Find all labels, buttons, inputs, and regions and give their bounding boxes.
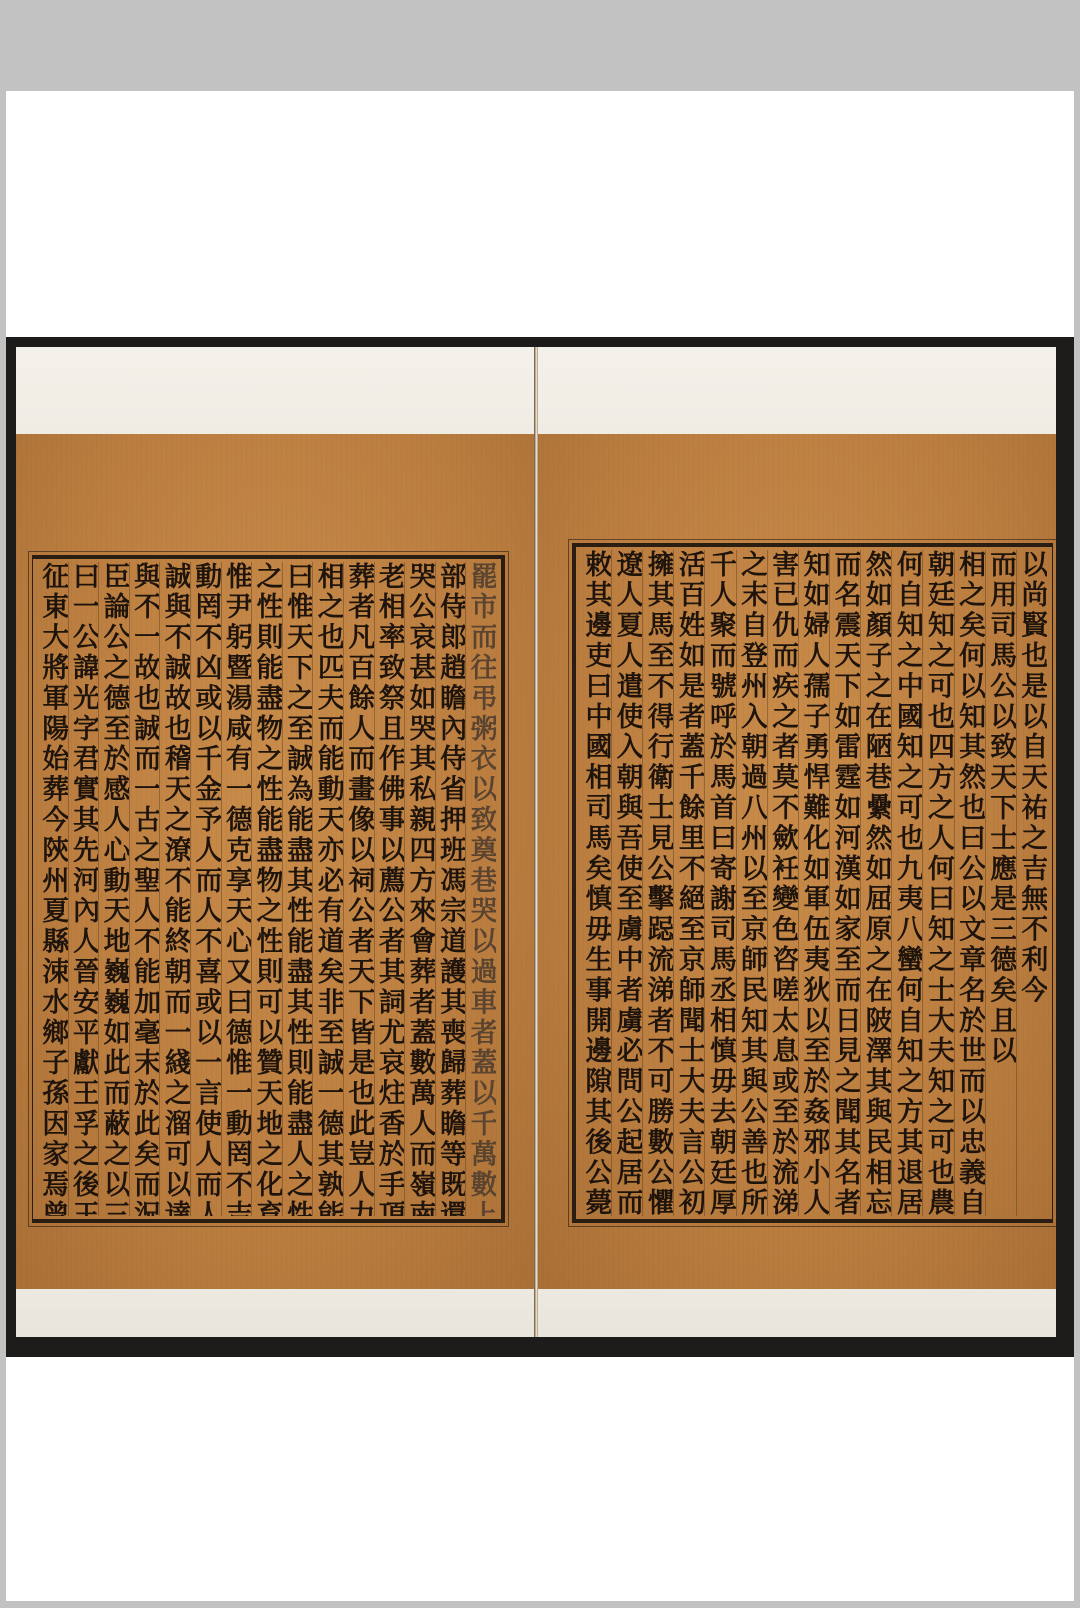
right-page-top-margin [538,347,1056,434]
text-column: 而名震天下如雷霆如河漢如家至而日見之聞其名者雖愚無 [829,550,860,1216]
text-column: 部侍郎趙瞻內侍省押班馮宗道護其喪歸葬瞻等既還皆言民 [435,562,466,1216]
text-column: 以尚賢也是以自天祐之吉無不利今 [1016,550,1047,1216]
text-column: 害已仇而疾之者莫不歛衽變色咨嗟太息或至於流涕也元豐 [767,550,798,1216]
text-column: 相之矣何以知其然也曰公以文章名於世而以忠義自結人主 [954,550,985,1216]
text-column: 征東大將軍陽始葬今陝州夏縣涑水鄉子孫因家焉曾祖諱政 [38,562,68,1216]
right-page: 以尚賢也是以自天祐之吉無不利今 而用司馬公以致天下士應是三德矣且以 相之矣何以知… [538,347,1056,1337]
right-page-text-block: 以尚賢也是以自天祐之吉無不利今 而用司馬公以致天下士應是三德矣且以 相之矣何以知… [572,543,1053,1223]
text-column: 葬者凡百餘人而畫像以祠公者天下皆是也此豈人力也哉天 [343,562,374,1216]
left-page-text-block: 罷市而往弔粥衣以致奠巷哭以過車者蓋以千萬數上命戶 部侍郎趙瞻內侍省押班馮宗道護其… [32,555,505,1223]
text-column: 活百姓如是者蓋千餘里不絕至京師聞士大夫言公初入朝民 [673,550,704,1216]
text-column: 遼人夏人遣使入朝與吾使至虜中者虜必問公起居而遼人 [611,550,642,1216]
text-column: 而用司馬公以致天下士應是三德矣且以 [985,550,1016,1216]
text-column: 相之也匹夫而能動天亦必有道矣非至誠一德其孰能使之記 [312,562,343,1216]
left-page-top-margin [16,347,535,434]
text-column: 擁其馬至不得行衛士見公擊跽流涕者不可勝數公懼而歸洛 [642,550,673,1216]
text-column: 罷市而往弔粥衣以致奠巷哭以過車者蓋以千萬數上命戶 [465,562,496,1216]
left-page-bottom-margin [16,1289,535,1337]
text-column: 曰惟天下之至誠為能盡其性能盡其性則能盡人之性能盡人 [282,562,313,1216]
text-column: 然如顏子之在陋巷纍然如屈原之在陂澤其與民相忘也久矣 [860,550,891,1216]
text-column: 老相率致祭且作佛事以薦公者其詞尤哀炷香於手頂以送公 [374,562,405,1216]
text-column: 誠與不誠故也稽天之潦不能終朝而一綫之溜可以達石者一 [159,562,190,1216]
text-column: 之性則能盡物之性能盡物之性則可以贊天地之化育矣書曰 [251,562,282,1216]
right-page-columns: 以尚賢也是以自天祐之吉無不利今 而用司馬公以致天下士應是三德矣且以 相之矣何以知… [581,550,1047,1216]
text-column: 與不一故也誠而一古之聖人不能加毫末於此矣而況公乎故 [129,562,160,1216]
text-column: 動罔不凶或以千金予人而人不喜或以一言使人而人死之者 [190,562,221,1216]
text-column: 知如婦人孺子勇悍難化如軍伍夷狄以至於姦邪小人雖惡其 [798,550,829,1216]
text-column: 曰一公諱光字君實其先河內人晉安平獻王孚之後王之裔孫 [68,562,99,1216]
text-column: 惟尹躬暨湯咸有一德克享天心又曰德惟一動罔不吉德二三 [221,562,252,1216]
left-page-columns: 罷市而往弔粥衣以致奠巷哭以過車者蓋以千萬數上命戶 部侍郎趙瞻內侍省押班馮宗道護其… [38,562,496,1216]
text-column: 之末自登州入朝過八州以至京師民知其與公善也所在數 [736,550,767,1216]
text-column: 哭公哀甚如哭其私親四方來會葬者蓋數萬人而嶺南封州父 [404,562,435,1216]
left-page: 罷市而往弔粥衣以致奠巷哭以過車者蓋以千萬數上命戶 部侍郎趙瞻內侍省押班馮宗道護其… [16,347,535,1337]
text-column: 敕其邊吏曰中國相司馬矣慎毋生事開邊隙其後公薨京師 [581,550,611,1216]
book-scan-image: 罷市而往弔粥衣以致奠巷哭以過車者蓋以千萬數上命戶 部侍郎趙瞻內侍省押班馮宗道護其… [6,337,1074,1357]
right-page-bottom-margin [538,1289,1056,1337]
text-column: 千人聚而號呼於馬首曰寄謝司馬丞相慎毋去朝廷厚自愛以 [704,550,735,1216]
text-column: 朝廷知之可也四方之人何曰知之士大夫知之可也農商走卒 [922,550,953,1216]
text-column: 臣論公之德至於感人心動天地巍巍如此而蔽之以三言曰誠 [98,562,129,1216]
open-book: 罷市而往弔粥衣以致奠巷哭以過車者蓋以千萬數上命戶 部侍郎趙瞻內侍省押班馮宗道護其… [16,347,1064,1337]
text-column: 何自知之中國知之可也九夷八蠻何自知之方其退居於洛耿 [891,550,922,1216]
